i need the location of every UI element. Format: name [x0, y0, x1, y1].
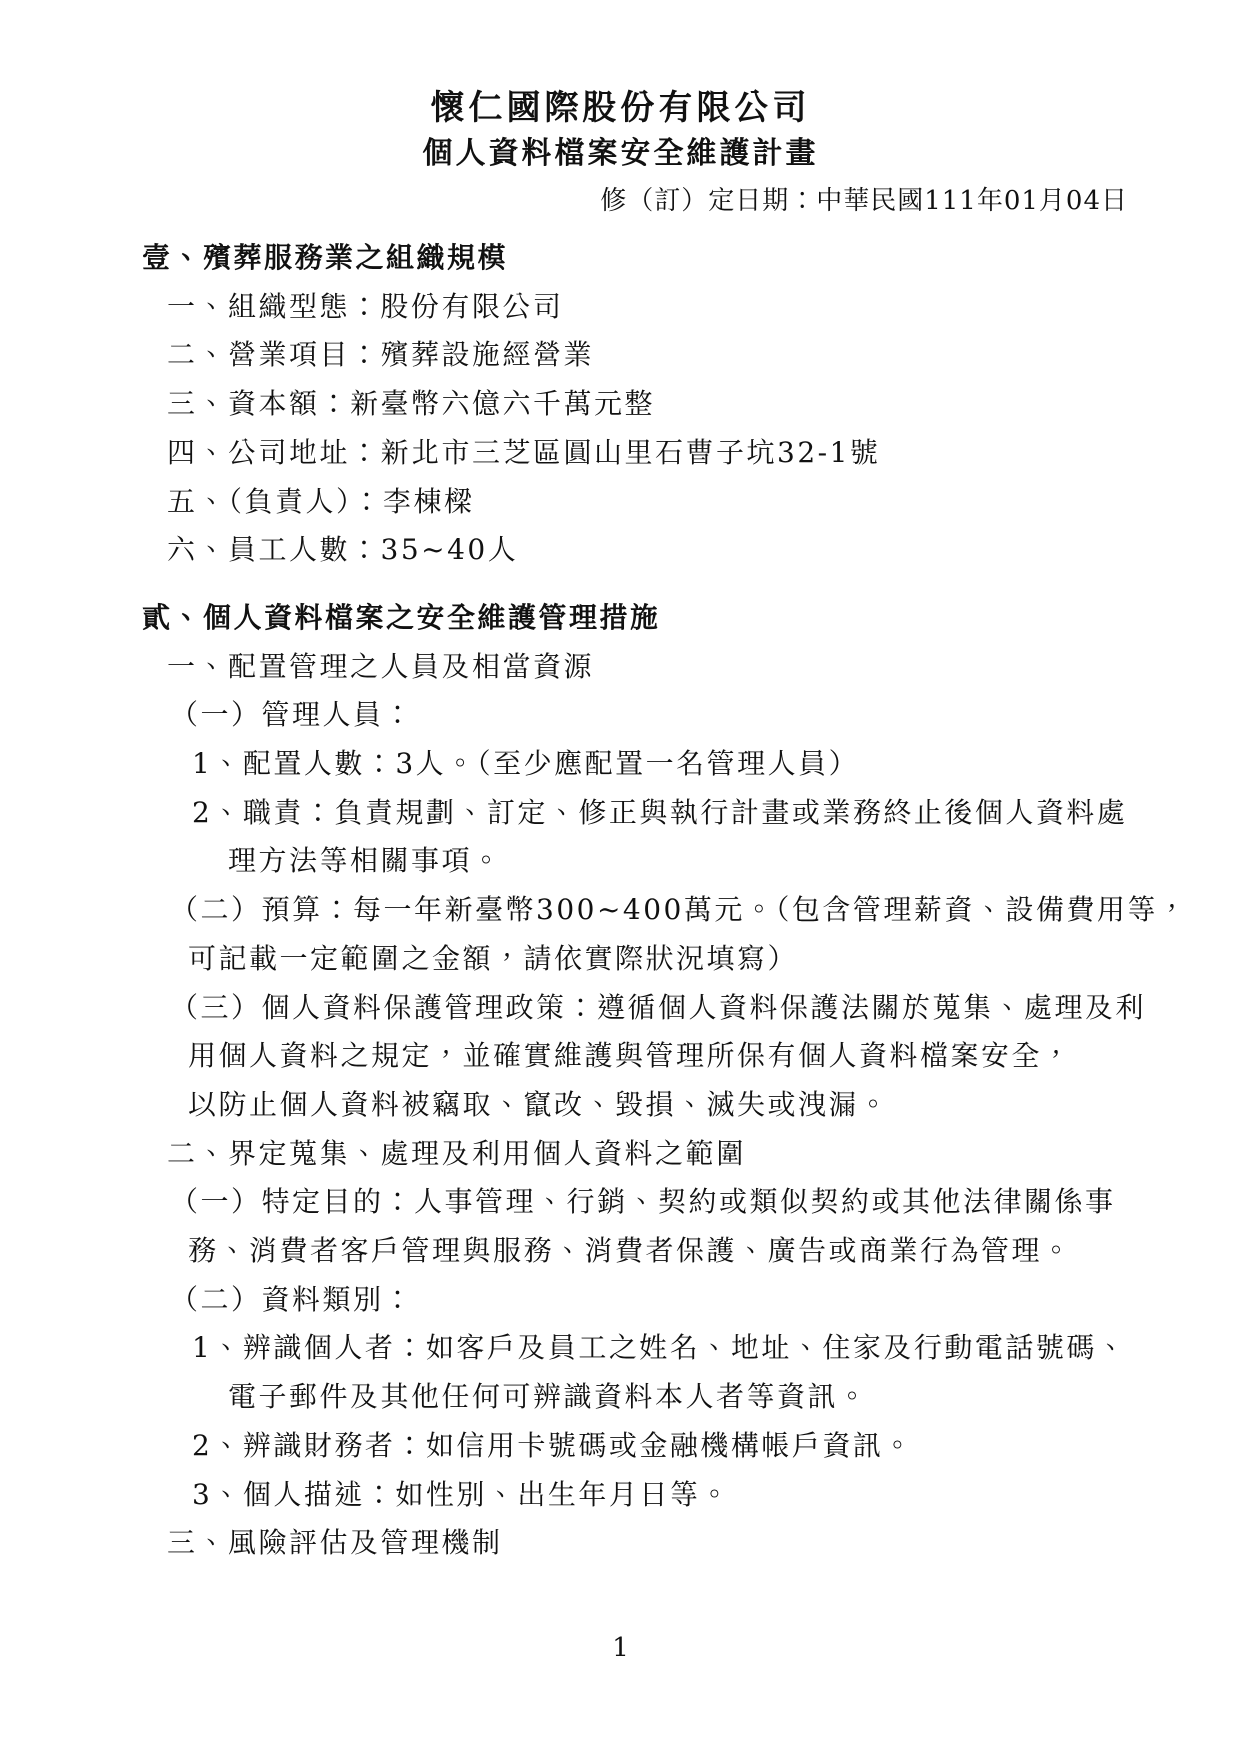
document-header: 懷仁國際股份有限公司 個人資料檔案安全維護計畫 修（訂）定日期：中華民國111年…: [0, 84, 1241, 218]
document-line: 1、辨識個人者：如客戶及員工之姓名、地址、住家及行動電話號碼、: [0, 1324, 1241, 1373]
document-line: 可記載一定範圍之金額，請依實際狀況填寫）: [0, 935, 1241, 984]
document-line: 五、（負責人）：李棟樑: [0, 478, 1241, 527]
document-line: 1、配置人數：3人。（至少應配置一名管理人員）: [0, 740, 1241, 789]
document-line: 六、員工人數：35~40人: [0, 526, 1241, 575]
document-line: （二）資料類別：: [0, 1276, 1241, 1325]
page-number-footer: 1: [0, 1633, 1241, 1663]
document-line: 3、個人描述：如性別、出生年月日等。: [0, 1471, 1241, 1520]
document-page: 懷仁國際股份有限公司 個人資料檔案安全維護計畫 修（訂）定日期：中華民國111年…: [0, 0, 1241, 1755]
document-line: （一）管理人員：: [0, 691, 1241, 740]
document-line: 貳、個人資料檔案之安全維護管理措施: [0, 594, 1241, 643]
document-body: 壹、殯葬服務業之組織規模一、組織型態：股份有限公司二、營業項目：殯葬設施經營業三…: [0, 234, 1241, 1568]
document-line: 2、職責：負責規劃、訂定、修正與執行計畫或業務終止後個人資料處: [0, 789, 1241, 838]
document-line: （一）特定目的：人事管理、行銷、契約或類似契約或其他法律關係事: [0, 1178, 1241, 1227]
document-line: 以防止個人資料被竊取、竄改、毀損、滅失或洩漏。: [0, 1081, 1241, 1130]
document-line: 用個人資料之規定，並確實維護與管理所保有個人資料檔案安全，: [0, 1032, 1241, 1081]
document-line: （二）預算：每一年新臺幣300~400萬元。（包含管理薪資、設備費用等，: [0, 886, 1241, 935]
document-line: 二、營業項目：殯葬設施經營業: [0, 331, 1241, 380]
company-title: 懷仁國際股份有限公司: [0, 84, 1241, 132]
document-line: 二、界定蒐集、處理及利用個人資料之範圍: [0, 1130, 1241, 1179]
document-line: （三）個人資料保護管理政策：遵循個人資料保護法關於蒐集、處理及利: [0, 984, 1241, 1033]
document-title: 個人資料檔案安全維護計畫: [0, 132, 1241, 176]
revision-date: 修（訂）定日期：中華民國111年01月04日: [0, 184, 1241, 218]
page-number: 1: [612, 1633, 629, 1663]
document-line: 務、消費者客戶管理與服務、消費者保護、廣告或商業行為管理。: [0, 1227, 1241, 1276]
document-line: 三、資本額：新臺幣六億六千萬元整: [0, 380, 1241, 429]
document-line: 四、公司地址：新北市三芝區圓山里石曹子坑32-1號: [0, 429, 1241, 478]
document-line: 電子郵件及其他任何可辨識資料本人者等資訊。: [0, 1373, 1241, 1422]
document-line: 理方法等相關事項。: [0, 837, 1241, 886]
document-line: 2、辨識財務者：如信用卡號碼或金融機構帳戶資訊。: [0, 1422, 1241, 1471]
document-line: 一、組織型態：股份有限公司: [0, 283, 1241, 332]
document-line: 一、配置管理之人員及相當資源: [0, 643, 1241, 692]
document-line: 壹、殯葬服務業之組織規模: [0, 234, 1241, 283]
document-line: 三、風險評估及管理機制: [0, 1519, 1241, 1568]
